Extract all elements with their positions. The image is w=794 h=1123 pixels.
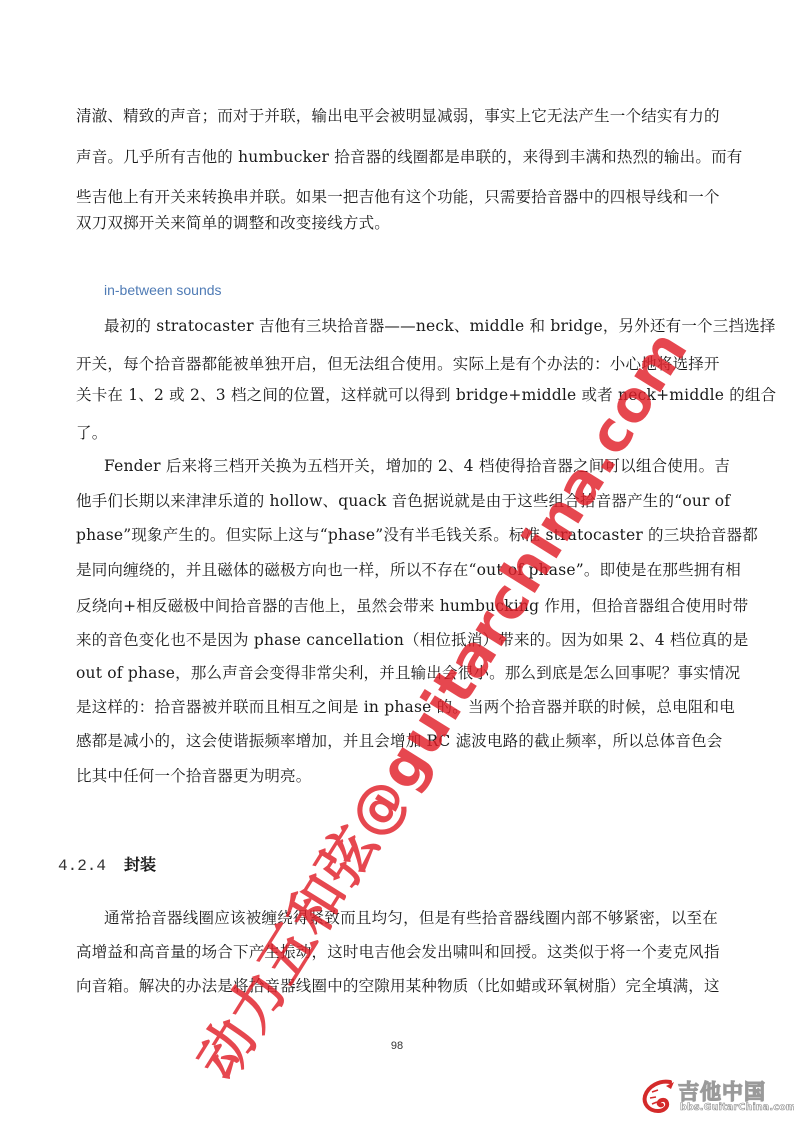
site-logo: 吉他中国 bbs.GuitarChina.com xyxy=(640,1076,785,1116)
text-line: 通常拾音器线圈应该被缠绕得紧致而且均匀，但是有些拾音器线圈内部不够紧密，以至在 xyxy=(104,908,718,928)
text-line: 他手们长期以来津津乐道的 hollow、quack 音色据说就是由于这些组合拾音… xyxy=(76,491,718,511)
text-line: 双刀双掷开关来简单的调整和改变接线方式。 xyxy=(76,213,718,233)
text-line: 了。 xyxy=(76,423,718,443)
text-line: phase”现象产生的。但实际上这与“phase”没有半毛钱关系。标准 stra… xyxy=(76,525,718,545)
text-line: 高增益和高音量的场合下产生振动，这时电吉他会发出啸叫和回授。这类似于将一个麦克风… xyxy=(76,942,718,962)
logo-url: bbs.GuitarChina.com xyxy=(680,1102,794,1113)
text-line: 些吉他上有开关来转换串并联。如果一把吉他有这个功能，只需要拾音器中的四根导线和一… xyxy=(76,187,718,207)
dragon-icon xyxy=(640,1078,678,1114)
text-line: 来的音色变化也不是因为 phase cancellation（相位抵消）带来的。… xyxy=(76,630,718,650)
text-line: 是同向缠绕的，并且磁体的磁极方向也一样，所以不存在“out of phase”。… xyxy=(76,560,718,580)
section-heading: 4.2.4封装 xyxy=(58,852,156,875)
section-title: 封装 xyxy=(124,855,156,874)
text-line: 最初的 stratocaster 吉他有三块拾音器——neck、middle 和… xyxy=(104,316,718,336)
text-line: 是这样的：拾音器被并联而且相互之间是 in phase 的。当两个拾音器并联的时… xyxy=(76,697,718,717)
text-line: 反绕向+相反磁极中间拾音器的吉他上，虽然会带来 humbucking 作用，但拾… xyxy=(76,596,718,616)
page-number: 98 xyxy=(0,1040,794,1052)
text-line: 关卡在 1、2 或 2、3 档之间的位置，这样就可以得到 bridge+midd… xyxy=(76,385,718,405)
document-page: 清澈、精致的声音；而对于并联，输出电平会被明显减弱，事实上它无法产生一个结实有力… xyxy=(0,0,794,1123)
text-line: 比其中任何一个拾音器更为明亮。 xyxy=(76,766,718,786)
text-line: 清澈、精致的声音；而对于并联，输出电平会被明显减弱，事实上它无法产生一个结实有力… xyxy=(76,106,718,126)
text-line: 向音箱。解决的办法是将拾音器线圈中的空隙用某种物质（比如蜡或环氧树脂）完全填满，… xyxy=(76,976,718,996)
text-line: 开关，每个拾音器都能被单独开启，但无法组合使用。实际上是有个办法的：小心地将选择… xyxy=(76,354,718,374)
text-line: 声音。几乎所有吉他的 humbucker 拾音器的线圈都是串联的，来得到丰满和热… xyxy=(76,147,718,167)
text-line: Fender 后来将三档开关换为五档开关，增加的 2、4 档使得拾音器之间可以组… xyxy=(104,456,718,476)
text-line: out of phase，那么声音会变得非常尖利，并且输出会很小。那么到底是怎么… xyxy=(76,663,718,683)
text-line: 感都是减小的，这会使谐振频率增加，并且会增加 RC 滤波电路的截止频率，所以总体… xyxy=(76,731,718,751)
subheading: in-between sounds xyxy=(104,282,222,298)
section-number: 4.2.4 xyxy=(58,857,106,875)
